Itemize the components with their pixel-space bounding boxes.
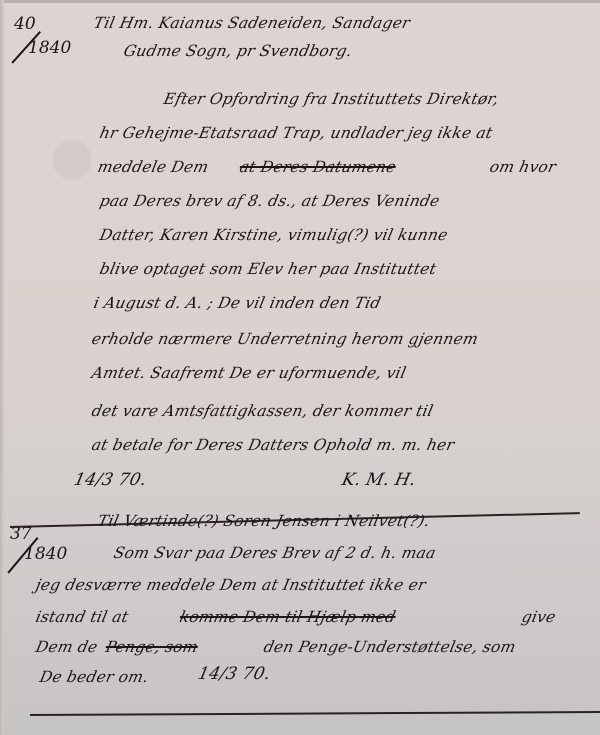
reference-year: 1840 xyxy=(28,38,71,58)
entry1-line10: erholde nærmere Underretning herom gjenn… xyxy=(90,330,480,348)
reference-number: 40 xyxy=(14,14,36,34)
entry2-line4b: give xyxy=(520,608,557,626)
entry1-date: 14/3 70. xyxy=(72,470,148,490)
entry2-date: 14/3 70. xyxy=(196,664,272,684)
entry1-line9: i August d. A. ; De vil inden den Tid xyxy=(92,294,383,312)
entry1-line4: hr Gehejme-Etatsraad Trap, undlader jeg … xyxy=(98,124,494,142)
entry2-line3: jeg desværre meddele Dem at Instituttet … xyxy=(34,576,428,594)
paper-smudge xyxy=(52,140,92,180)
reference-year: 1840 xyxy=(24,544,67,564)
entry1-line13: at betale for Deres Datters Ophold m. m.… xyxy=(90,436,456,454)
document-page: 40 1840 Til Hm. Kaianus Sadeneiden, Sand… xyxy=(0,0,600,735)
entry2-line6: De beder om. xyxy=(38,668,150,686)
entry1-line3: Efter Opfordring fra Instituttets Direkt… xyxy=(162,90,501,108)
entry1-address-line1: Til Hm. Kaianus Sadeneiden, Sandager xyxy=(92,14,412,32)
page-left-edge xyxy=(0,0,4,735)
entry2-line2: Som Svar paa Deres Brev af 2 d. h. maa xyxy=(112,544,437,562)
entry1-line7: Datter, Karen Kirstine, vimulig(?) vil k… xyxy=(98,226,450,244)
entry1-line8: blive optaget som Elev her paa Institutt… xyxy=(98,260,438,278)
page-top-edge xyxy=(0,0,600,3)
bottom-rule xyxy=(30,711,600,716)
entry1-line5a: meddele Dem xyxy=(96,158,210,176)
entry1-address-line2: Gudme Sogn, pr Svendborg. xyxy=(122,42,354,60)
entry2-line4a: istand til at xyxy=(34,608,130,626)
entry1-struck-text: at Deres Datumene xyxy=(238,158,398,176)
entry-reference-37: 37 1840 xyxy=(6,520,76,580)
entry-reference-40: 40 1840 xyxy=(10,14,80,74)
entry1-line6: paa Deres brev af 8. ds., at Deres Venin… xyxy=(98,192,442,210)
entry2-struck-text-2: Penge, som xyxy=(104,638,200,656)
reference-number: 37 xyxy=(10,524,32,544)
entry2-line5b: den Penge-Understøttelse, som xyxy=(262,638,517,656)
entry2-line5a: Dem de xyxy=(34,638,99,656)
entry2-address: Til Værtinde(?) Soren Jensen i Neilvet(?… xyxy=(96,512,432,530)
entry1-line12: det vare Amtsfattigkassen, der kommer ti… xyxy=(90,402,435,420)
entry1-line11: Amtet. Saafremt De er uformuende, vil xyxy=(90,364,408,382)
entry2-struck-text-1: komme Dem til Hjælp med xyxy=(178,608,397,626)
entry1-line5b: om hvor xyxy=(488,158,558,176)
entry1-signature: K. M. H. xyxy=(340,470,418,490)
